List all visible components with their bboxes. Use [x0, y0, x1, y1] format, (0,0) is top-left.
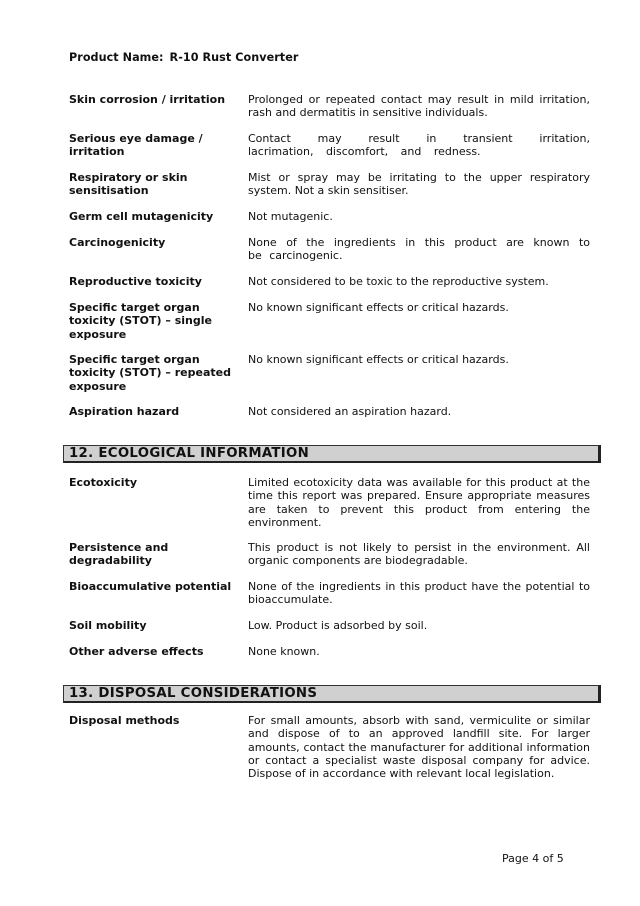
- row-label: Reproductive toxicity: [69, 275, 239, 288]
- row-value: Low. Product is adsorbed by soil.: [248, 619, 590, 632]
- row-value: Not mutagenic.: [248, 210, 590, 223]
- product-name-label: Product Name:: [69, 51, 164, 64]
- row-value: None of the ingredients in this product …: [248, 580, 590, 607]
- row-label: Serious eye damage / irritation: [69, 132, 219, 159]
- section-13-header: 13. DISPOSAL CONSIDERATIONS: [63, 685, 601, 703]
- row-label: Skin corrosion / irritation: [69, 93, 239, 106]
- row-value: Limited ecotoxicity data was available f…: [248, 476, 590, 529]
- row-label: Specific target organ toxicity (STOT) – …: [69, 353, 237, 393]
- product-name-header: Product Name:R-10 Rust Converter: [69, 51, 298, 64]
- product-name-value: R-10 Rust Converter: [170, 51, 299, 64]
- row-value: No known significant effects or critical…: [248, 301, 590, 314]
- row-value: None known.: [248, 645, 590, 658]
- row-value: No known significant effects or critical…: [248, 353, 590, 366]
- row-label: Other adverse effects: [69, 645, 239, 658]
- row-label: Bioaccumulative potential: [69, 580, 239, 593]
- row-value: For small amounts, absorb with sand, ver…: [248, 714, 590, 780]
- section-12-header: 12. ECOLOGICAL INFORMATION: [63, 445, 601, 463]
- page-number: Page 4 of 5: [502, 852, 564, 865]
- row-value: Not considered to be toxic to the reprod…: [248, 275, 590, 288]
- row-label: Specific target organ toxicity (STOT) – …: [69, 301, 229, 341]
- row-value: Not considered an aspiration hazard.: [248, 405, 590, 418]
- sds-page: Product Name:R-10 Rust Converter Skin co…: [0, 0, 640, 906]
- row-label: Soil mobility: [69, 619, 239, 632]
- row-value: This product is not likely to persist in…: [248, 541, 590, 568]
- row-label: Germ cell mutagenicity: [69, 210, 239, 223]
- row-label: Respiratory or skin sensitisation: [69, 171, 199, 198]
- row-label: Persistence and degradability: [69, 541, 199, 568]
- row-label: Ecotoxicity: [69, 476, 239, 489]
- row-label: Disposal methods: [69, 714, 239, 727]
- row-label: Carcinogenicity: [69, 236, 239, 249]
- row-value: Contact may result in transient irritati…: [248, 132, 590, 159]
- row-value: Prolonged or repeated contact may result…: [248, 93, 590, 120]
- row-value: Mist or spray may be irritating to the u…: [248, 171, 590, 198]
- row-label: Aspiration hazard: [69, 405, 239, 418]
- row-value: None of the ingredients in this product …: [248, 236, 590, 263]
